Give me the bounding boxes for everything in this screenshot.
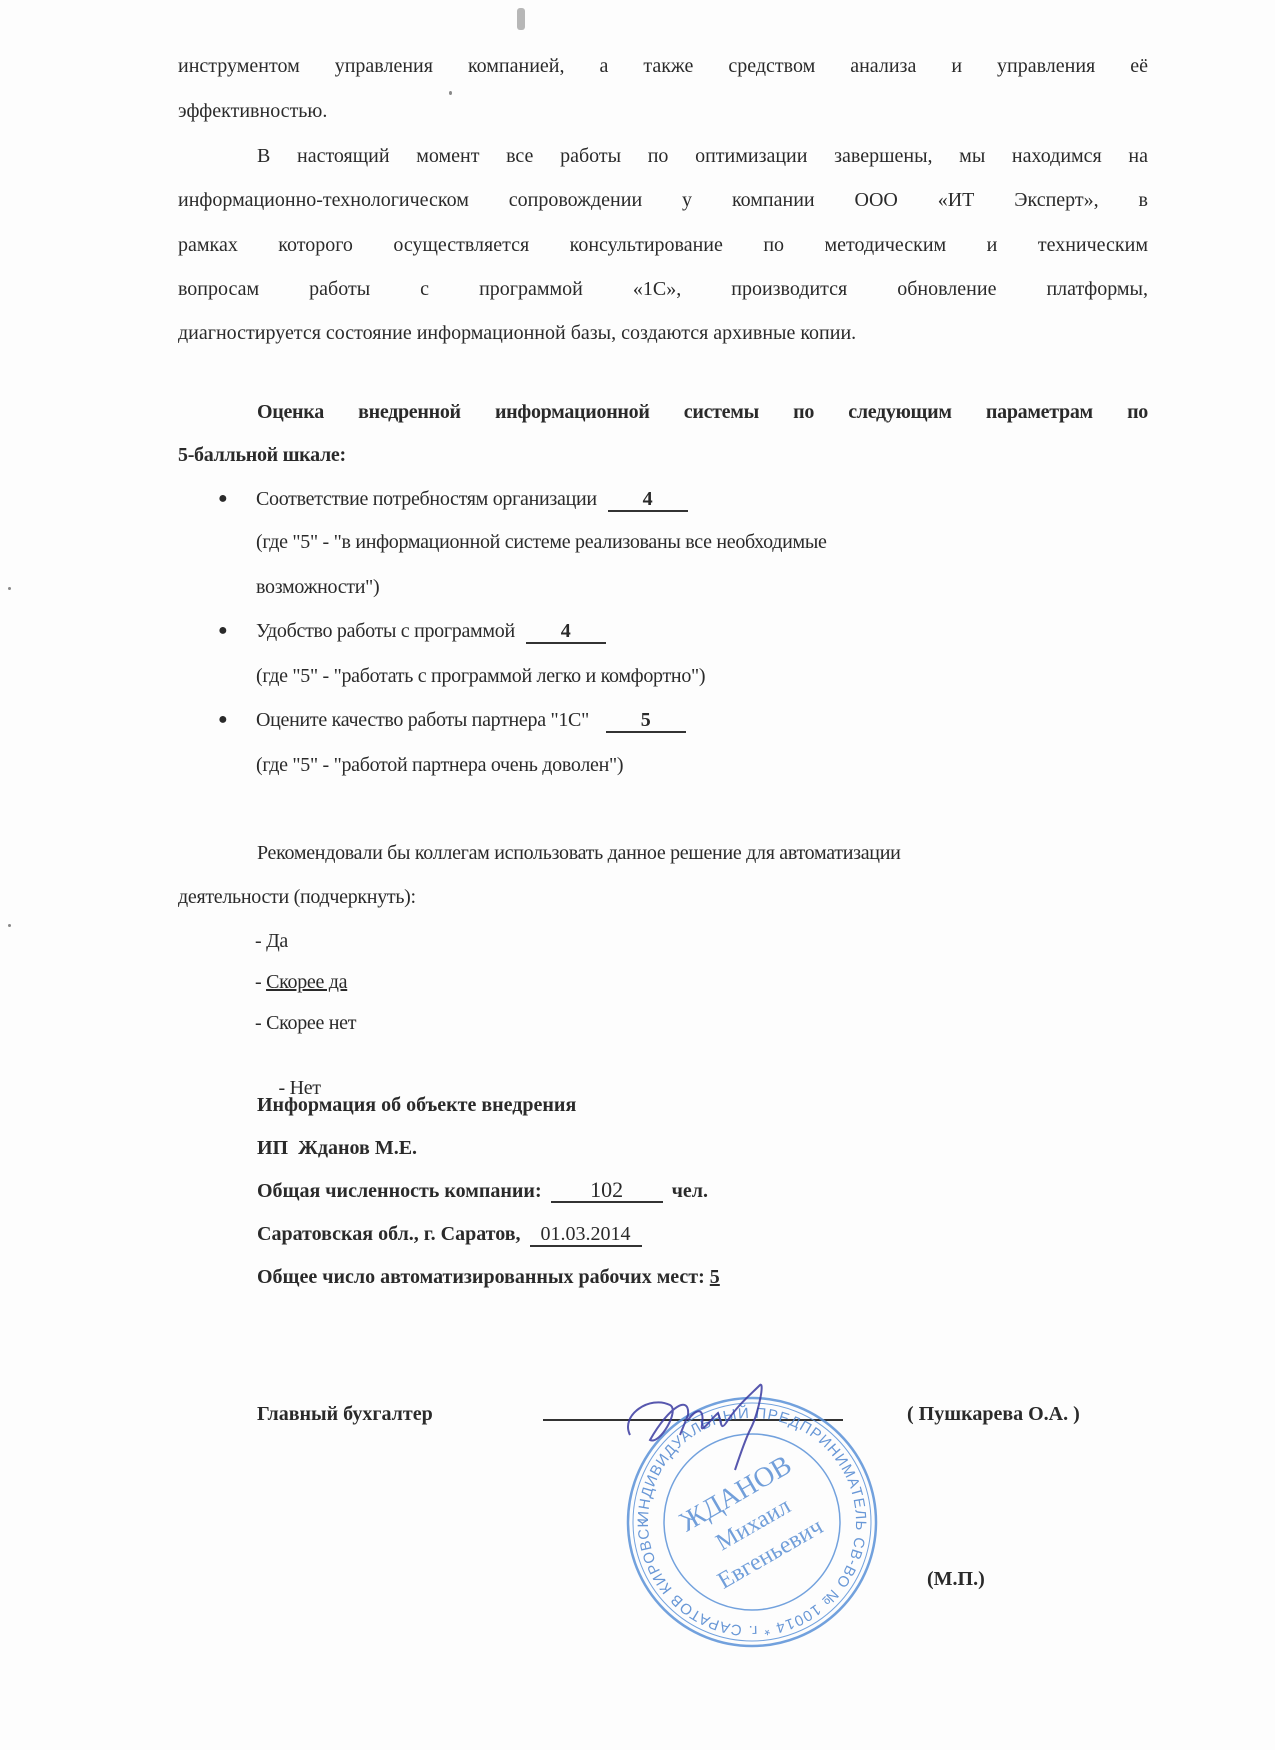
rating-item-1: Соответствие потребностям организации 4 [256, 487, 688, 512]
workplaces-value: 5 [710, 1266, 720, 1288]
rating-item-1-score: 4 [608, 488, 688, 512]
recommendation-option-skoree-da[interactable]: - Скорее да [255, 970, 347, 994]
date-value: 01.03.2014 [530, 1223, 642, 1247]
paragraph-2-line-5: диагностируется состояние информационной… [178, 321, 856, 345]
rating-item-1-label: Соответствие потребностям организации [256, 488, 597, 510]
object-info-company: ИП Жданов М.Е. [257, 1136, 417, 1160]
scan-speck [517, 8, 525, 30]
rating-heading-line-2: 5-балльной шкале: [178, 443, 346, 467]
option-label: Скорее нет [266, 1012, 356, 1034]
paragraph-2-line-3: рамках которого осуществляется консульти… [178, 233, 1148, 257]
rating-item-3-hint-line-1: (где "5" - "работой партнера очень довол… [256, 753, 623, 777]
object-info-location: Саратовская обл., г. Саратов, 01.03.2014 [257, 1222, 642, 1247]
recommendation-line-2: деятельности (подчеркнуть): [178, 885, 416, 909]
seal-mark: (М.П.) [927, 1567, 985, 1591]
headcount-value: 102 [551, 1179, 663, 1203]
paragraph-1-line-1: инструментом управления компанией, а так… [178, 54, 1148, 78]
recommendation-option-da[interactable]: - Да [255, 929, 288, 953]
rating-heading-line-1: Оценка внедренной информационной системы… [257, 400, 1148, 424]
workplaces-label: Общее число автоматизированных рабочих м… [257, 1266, 705, 1288]
option-prefix: - [255, 930, 266, 952]
paragraph-2-line-2: информационно-технологическом сопровожде… [178, 188, 1148, 212]
bullet-icon: ● [218, 490, 228, 508]
bullet-icon: ● [218, 711, 228, 729]
paragraph-2-line-4: вопросам работы с программой «1С», произ… [178, 277, 1148, 301]
scan-speck [449, 91, 452, 95]
paragraph-1-line-2: эффективностью. [178, 99, 327, 123]
rating-item-3-score: 5 [606, 709, 686, 733]
document-page: инструментом управления компанией, а так… [0, 0, 1275, 1750]
rating-item-3: Оцените качество работы партнера "1С" 5 [256, 708, 686, 733]
option-label: Да [266, 930, 288, 952]
signature-position: Главный бухгалтер [257, 1402, 433, 1426]
recommendation-line-1: Рекомендовали бы коллегам использовать д… [257, 841, 901, 865]
scan-speck [8, 587, 11, 590]
option-prefix: - [255, 971, 266, 993]
rating-item-1-hint-line-1: (где "5" - "в информационной системе реа… [256, 530, 827, 554]
scan-speck [8, 924, 11, 927]
signature-name: ( Пушкарева О.А. ) [907, 1402, 1080, 1426]
option-prefix: - [255, 1012, 266, 1034]
object-info-workplaces: Общее число автоматизированных рабочих м… [257, 1265, 720, 1289]
headcount-label: Общая численность компании: [257, 1180, 542, 1202]
location-label: Саратовская обл., г. Саратов, [257, 1223, 521, 1245]
paragraph-2-line-1: В настоящий момент все работы по оптимиз… [257, 144, 1148, 168]
rating-item-2-score: 4 [526, 620, 606, 644]
headcount-unit: чел. [672, 1180, 708, 1202]
recommendation-option-skoree-net[interactable]: - Скорее нет [255, 1011, 356, 1035]
object-info-headcount: Общая численность компании: 102 чел. [257, 1179, 708, 1203]
rating-item-2-label: Удобство работы с программой [256, 620, 515, 642]
rating-item-2-hint-line-1: (где "5" - "работать с программой легко … [256, 664, 705, 688]
option-label-selected: Скорее да [266, 971, 347, 993]
rating-item-3-label: Оцените качество работы партнера "1С" [256, 709, 589, 731]
handwritten-signature-icon [610, 1375, 790, 1475]
object-info-heading: Информация об объекте внедрения [257, 1093, 576, 1117]
rating-item-2: Удобство работы с программой 4 [256, 619, 606, 644]
rating-item-1-hint-line-2: возможности") [256, 575, 379, 599]
bullet-icon: ● [218, 622, 228, 640]
